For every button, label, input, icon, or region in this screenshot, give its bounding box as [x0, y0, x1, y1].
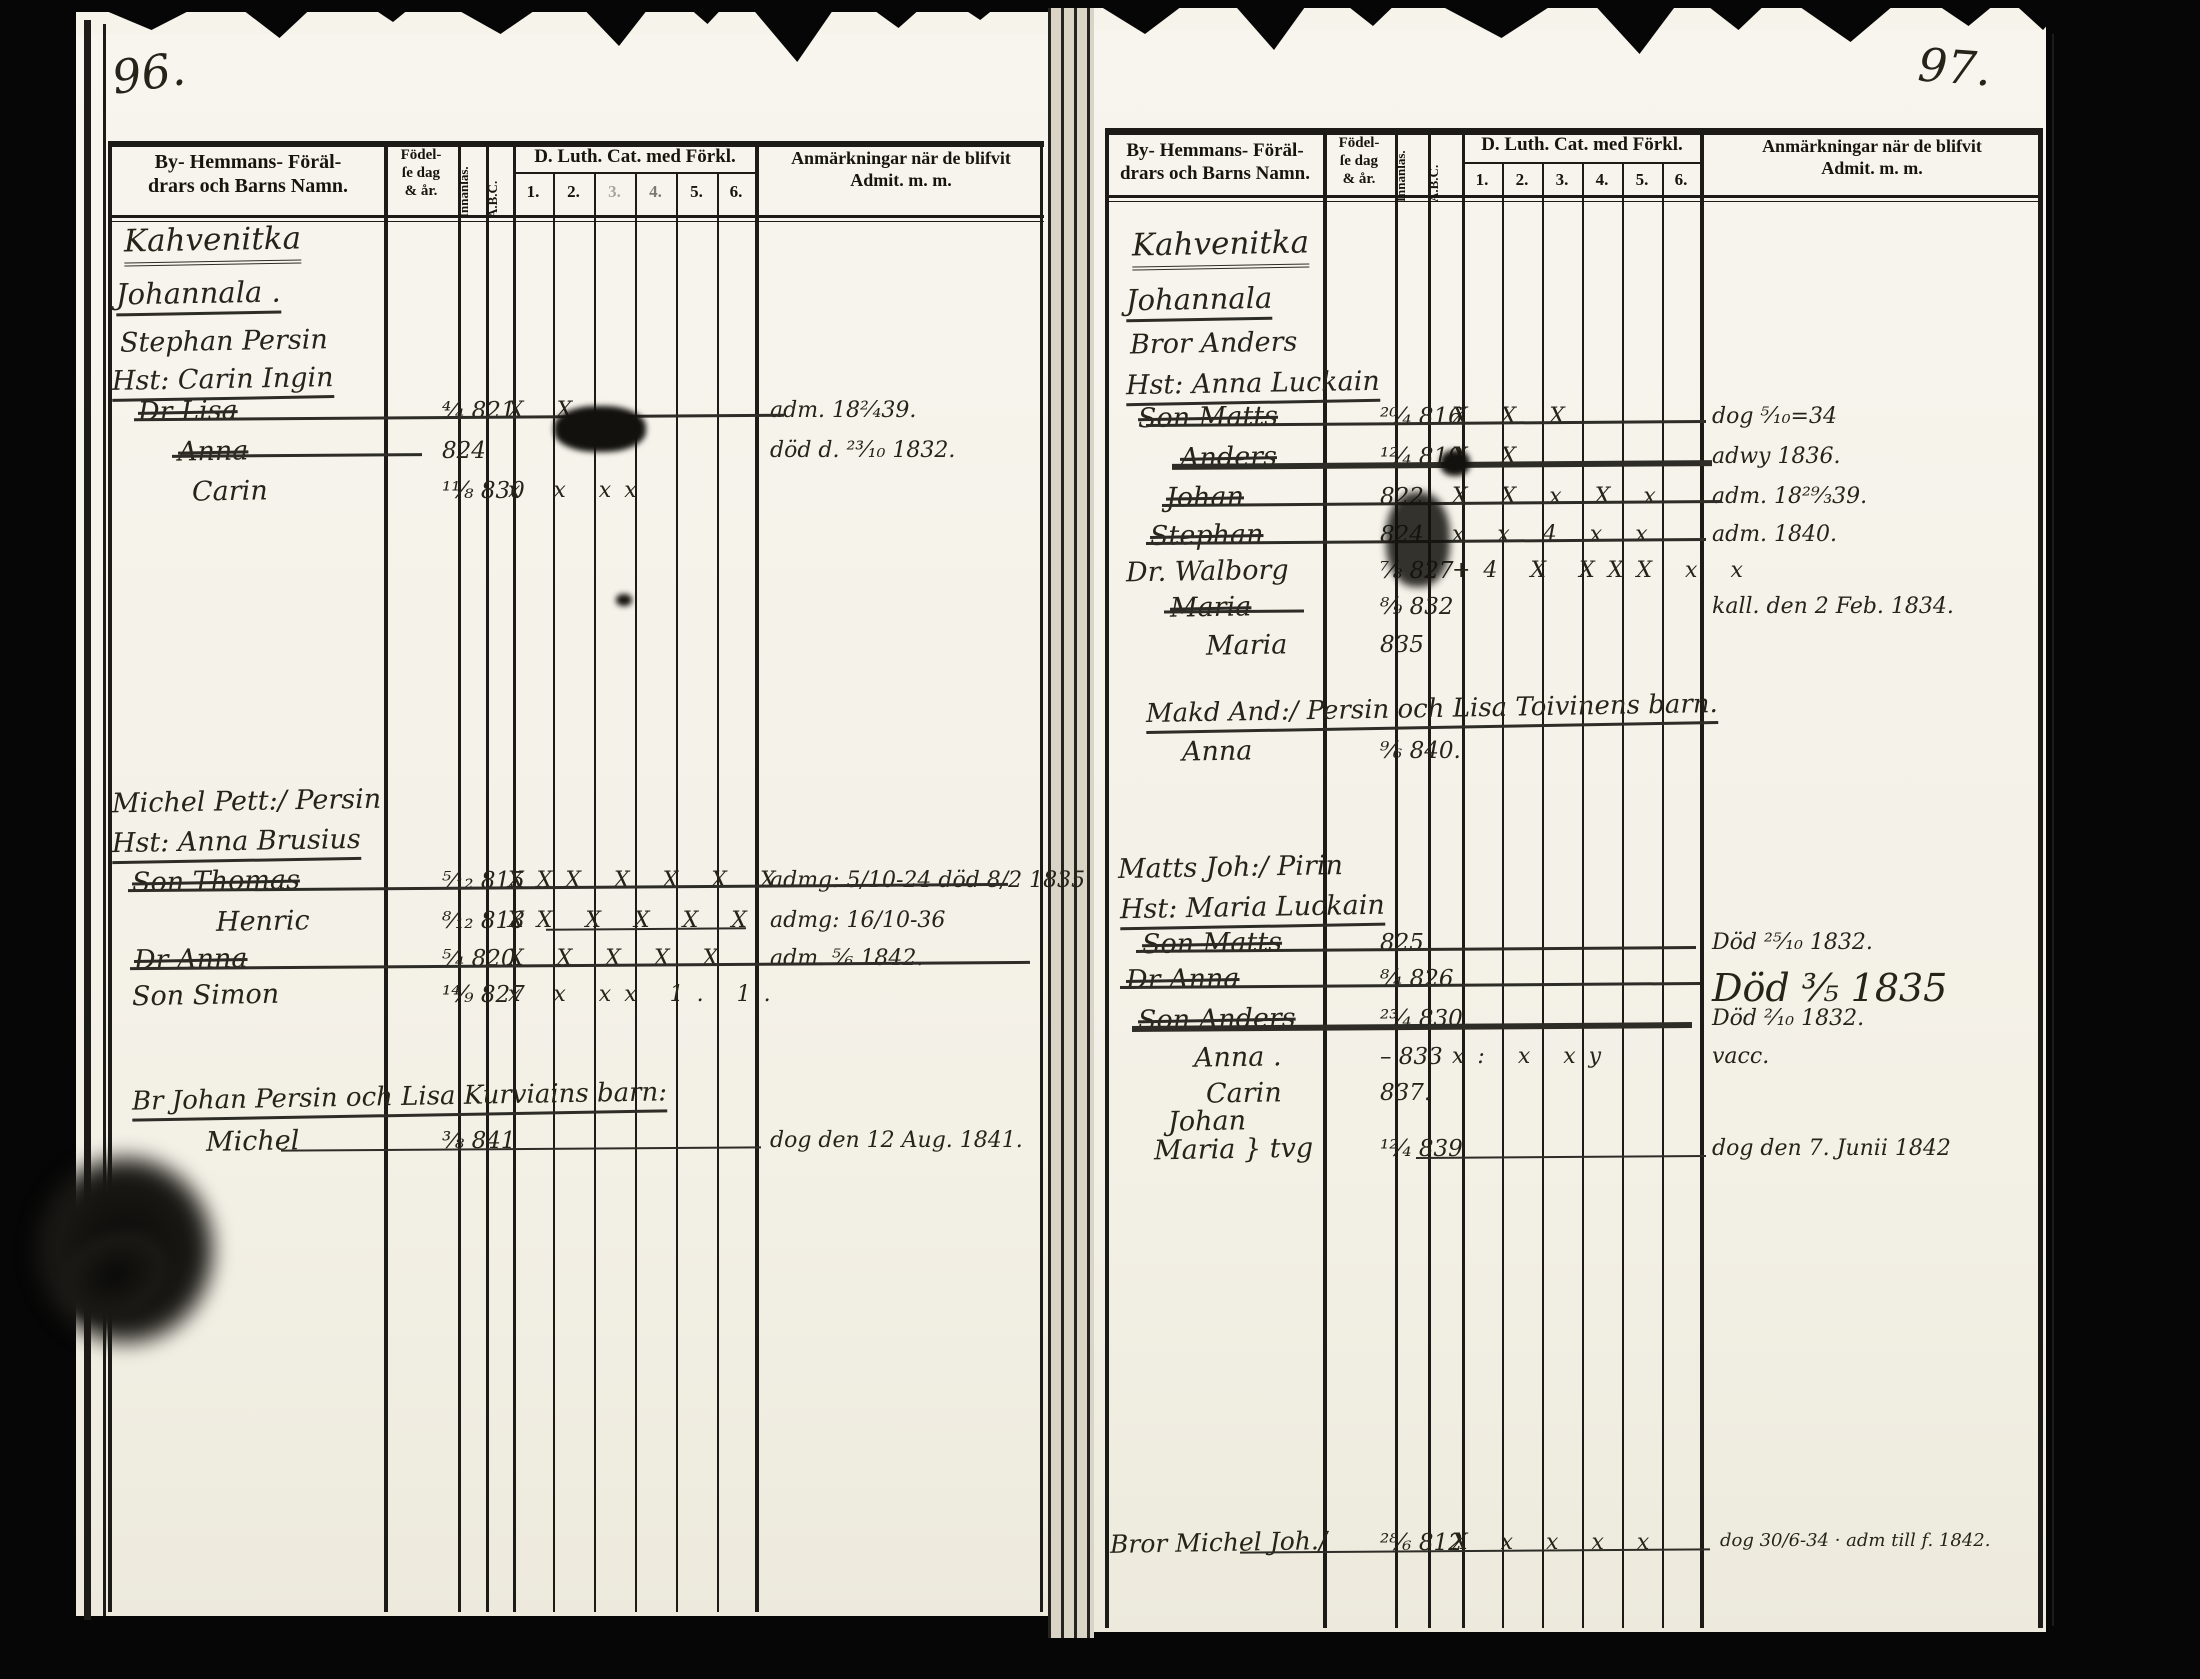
child-name: Johan [1168, 1105, 1246, 1137]
catechism-marks: x x xx 1. 1. [508, 982, 784, 1007]
birth-date: ²⁰⁄₄ 816 [1380, 404, 1463, 430]
ink-blot [554, 406, 646, 452]
page-left: 96. By- Hemmans- Föräl- drars och Barns … [76, 34, 1062, 1616]
table-row: Johannala . [76, 276, 1062, 320]
table-row: Makd And:/ Persin och Lisa Toivinens bar… [1090, 694, 2046, 738]
subcolumn-4: 4. [635, 182, 676, 202]
subcolumn-2: 2. [553, 182, 594, 202]
remark: adm. 1840. [1712, 522, 1837, 547]
page-right: 97. By- Hemmans- Föräl- drars och Barns … [1090, 30, 2046, 1632]
catechism-marks: +4 X XXX x x [1452, 558, 1756, 583]
remark: adm. 18²⁄₄39. [770, 398, 916, 423]
birth-date: 837. [1380, 1080, 1431, 1106]
paper-top-right [1090, 8, 2046, 32]
column-header-abc: A.B.C. [485, 144, 501, 218]
remark: adm. ⁵⁄₆ 1842. [770, 946, 923, 971]
catechism-marks: X X x X x [1452, 484, 1669, 509]
parent-name: Bror Anders [1130, 327, 1298, 361]
birth-date: 824 [442, 438, 486, 464]
child-name: Dr Anna [1126, 963, 1240, 996]
ink-blot [1440, 450, 1470, 476]
child-name: Dr Lisa [138, 395, 238, 428]
strike-line [172, 453, 422, 458]
village-name: Kahvenitka [1132, 224, 1310, 270]
subcolumn-1: 1. [1462, 170, 1502, 190]
column-header-reading: Innanläs. [1393, 130, 1409, 202]
strike-line [1164, 610, 1304, 614]
table-row: Carin ¹¹⁄₈ 830 x x xx [76, 476, 1062, 520]
scanned-book-spread: 96. By- Hemmans- Föräl- drars och Barns … [0, 0, 2200, 1679]
table-rule [108, 215, 1044, 218]
column-header-remarks: Anmärkningar när de blifvit Admit. m. m. [1706, 136, 2038, 179]
child-name: Dr Anna [134, 943, 248, 976]
child-name: Son Thomas [132, 865, 300, 899]
subcolumn-4: 4. [1582, 170, 1622, 190]
remark: dog 30/6-34 · adm till f. 1842. [1720, 1530, 2040, 1551]
table-row: Michel Pett:/ Persin [76, 786, 1062, 830]
subcolumn-5: 5. [1622, 170, 1662, 190]
table-row: Maria 835 [1090, 630, 2046, 674]
farm-name: Johannala [1126, 281, 1273, 323]
table-row: Son Simon ¹⁴⁄₉ 827 x x xx 1. 1. [76, 980, 1062, 1024]
child-name: Maria } tvg [1154, 1133, 1314, 1167]
table-row: Maria } tvg ¹²⁄₄ 839 dog den 7. Junii 18… [1090, 1134, 2046, 1178]
parent-name: Hst: Anna Brusius [112, 824, 361, 864]
subcolumn-3: 3. [594, 182, 635, 202]
table-row: Kahvenitka [1090, 226, 2046, 270]
page-number: 97. [1916, 38, 1993, 97]
child-name: Son Matts [1142, 927, 1283, 960]
section-heading: Makd And:/ Persin och Lisa Toivinens bar… [1146, 689, 1718, 734]
birth-date: ⁴⁄₄ 821 [442, 398, 516, 424]
ink-blot [616, 594, 632, 606]
column-header-names: By- Hemmans- Föräl- drars och Barns Namn… [1110, 140, 1320, 186]
column-header-birth: Födel- ſe dag & år. [1324, 134, 1394, 188]
dash-line [281, 1146, 761, 1151]
birth-date: ⁸⁄₉ 832 [1380, 594, 1454, 620]
child-name: Anna . [1194, 1041, 1282, 1074]
remark: kall. den 2 Feb. 1834. [1712, 594, 1954, 619]
remark: Död ²⁵⁄₁₀ 1832. [1712, 930, 1873, 955]
table-row: Anna ⁹⁄₆ 840. [1090, 736, 2046, 780]
table-row: Son Thomas ⁵⁄₁₂ 815 XXX X X X X admg: 5/… [76, 866, 1062, 910]
catechism-marks: XXX X X X X [508, 868, 789, 893]
catechism-marks: x: x xy [1452, 1044, 1614, 1069]
table-row: Johannala [1090, 282, 2046, 326]
remark: adwy 1836. [1712, 444, 1840, 469]
table-row: Kahvenitka [76, 222, 1062, 266]
table-row: Matts Joh:/ Pirin [1090, 852, 2046, 896]
birth-date: – 833 [1380, 1044, 1443, 1070]
parent-name: Stephan Persin [120, 324, 328, 359]
child-name: Anna [178, 435, 249, 467]
child-name: Dr. Walborg [1126, 555, 1289, 589]
child-name: Maria [1170, 591, 1252, 623]
column-header-abc: A.B.C. [1426, 130, 1442, 202]
child-name: Son Simon [132, 979, 280, 1013]
subcolumn-6: 6. [1662, 170, 1700, 190]
column-header-catechism: D. Luth. Cat. med Förkl. [516, 146, 754, 169]
page-number: 96. [109, 41, 189, 105]
column-header-catechism: D. Luth. Cat. med Förkl. [1464, 134, 1700, 157]
child-name: Henric [216, 905, 310, 938]
paper-top-left [76, 12, 1062, 36]
birth-date: 835 [1380, 632, 1424, 658]
subcolumn-1: 1. [513, 182, 553, 202]
remark: admg: 16/10-36 [770, 908, 945, 933]
column-header-names: By- Hemmans- Föräl- drars och Barns Namn… [114, 150, 382, 198]
child-name: Michel [206, 1125, 300, 1158]
village-name: Kahvenitka [124, 220, 302, 266]
birth-date: ⁸⁄₄ 826 [1380, 966, 1454, 992]
table-row: Hst: Anna Brusius [76, 826, 1062, 870]
remark: vacc. [1712, 1044, 1769, 1069]
parent-name: Michel Pett:/ Persin [112, 784, 382, 820]
subcolumn-6: 6. [717, 182, 755, 202]
table-row: Son Matts ²⁰⁄₄ 816 X X X dog ⁵⁄₁₀=34 [1090, 402, 2046, 446]
table-row: Bror Michel Joh./ ²⁸⁄₆ 812 X x x x x dog… [1090, 1528, 2046, 1572]
subcolumn-5: 5. [676, 182, 717, 202]
subcolumn-3: 3. [1542, 170, 1582, 190]
remark: Död ²⁄₁₀ 1832. [1712, 1006, 1864, 1031]
catechism-marks: x x xx [508, 478, 650, 503]
remark: adm. 18²⁹⁄₃39. [1712, 484, 1867, 509]
child-name: Stephan [1150, 519, 1264, 552]
parent-name: Matts Joh:/ Pirin [1118, 850, 1343, 885]
column-header-remarks: Anmärkningar när de blifvit Admit. m. m. [760, 148, 1042, 191]
child-name: Bror Michel Joh./ [1110, 1526, 1328, 1559]
table-row: Michel ³⁄₈ 841 dog den 12 Aug. 1841. [76, 1126, 1062, 1170]
table-row: Bror Anders [1090, 328, 2046, 372]
child-name: Johan [1166, 481, 1244, 513]
table-rule [1105, 195, 2043, 198]
child-name: Carin [192, 475, 268, 507]
subcolumn-2: 2. [1502, 170, 1542, 190]
table-row: Dr Anna ⁸⁄₄ 826 Död ³⁄₅ 1835 [1090, 964, 2046, 1008]
child-name: Anna [1182, 735, 1253, 767]
book-edge-line [2052, 34, 2054, 1626]
table-rule [1105, 201, 2043, 202]
birth-date: ⁵⁄₄ 820 [442, 946, 516, 972]
child-name: Son Matts [1138, 401, 1279, 434]
section-heading: Br Johan Persin och Lisa Kurviains barn: [132, 1077, 668, 1121]
remark: admg: 5/10-24 död 8/2 1835 [770, 868, 1085, 893]
child-name: Maria [1206, 629, 1288, 661]
catechism-marks: x x 4 x x [1452, 522, 1661, 547]
parent-name: Hst: Anna Luckain [1126, 366, 1380, 406]
birth-date: ⁹⁄₆ 840. [1380, 738, 1461, 764]
catechism-marks: X X X [1452, 404, 1578, 429]
remark: dog ⁵⁄₁₀=34 [1712, 404, 1837, 429]
column-header-reading: Innanläs. [456, 144, 472, 218]
ink-blot [1386, 492, 1450, 587]
farm-name: Johannala . [116, 275, 281, 317]
remark: dog den 12 Aug. 1841. [770, 1128, 1023, 1153]
column-header-birth: Födel- ſe dag & år. [386, 146, 456, 200]
remark: död d. ²³⁄₁₀ 1832. [770, 438, 955, 463]
remark: dog den 7. Junii 1842 [1712, 1136, 1951, 1161]
birth-date: 825 [1380, 930, 1424, 956]
table-row: Anders ¹²⁄₄ 819 X X adwy 1836. [1090, 442, 2046, 486]
table-row: Br Johan Persin och Lisa Kurviains barn: [76, 1082, 1062, 1126]
parent-name: Hst: Maria Luckain [1120, 890, 1385, 931]
